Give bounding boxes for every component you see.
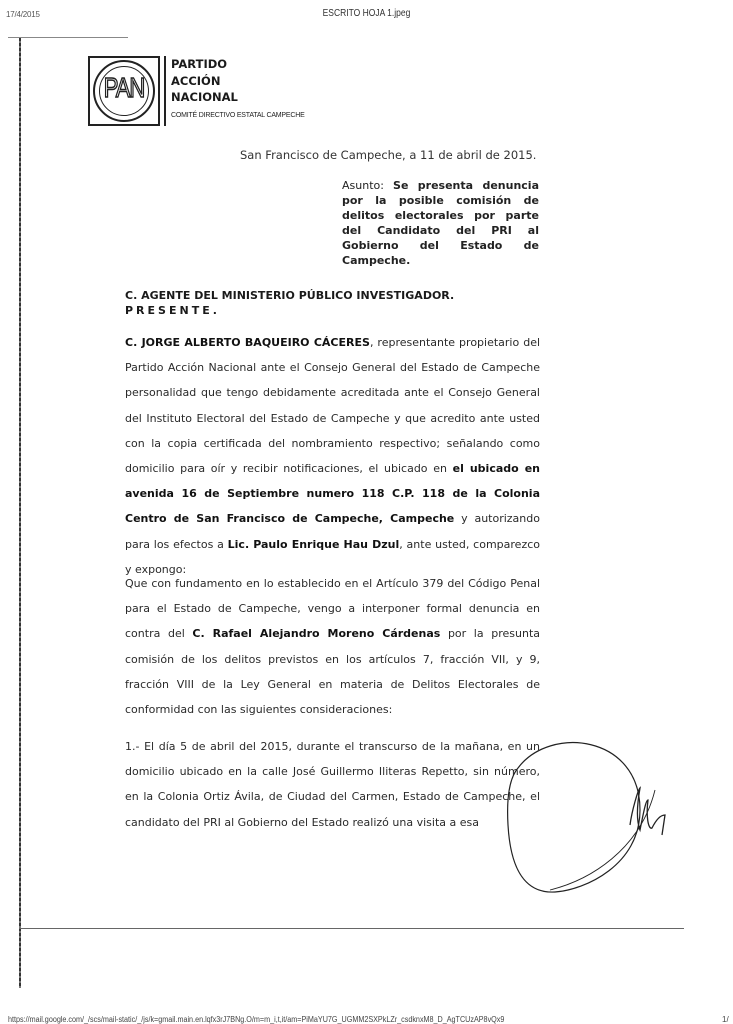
committee-name: COMITÉ DIRECTIVO ESTATAL CAMPECHE [171,112,305,119]
asunto-label: Asunto: [342,179,384,192]
scan-artifact-line [8,37,128,38]
authorized-person: Lic. Paulo Enrique Hau Dzul [228,538,400,551]
letterhead-divider [164,56,166,126]
pan-logo: PAN [88,56,160,126]
paragraph-fact-1: 1.- El día 5 de abril del 2015, durante … [125,734,540,835]
complainant-name: C. JORGE ALBERTO BAQUEIRO CÁCERES [125,336,370,349]
paragraph-text: por la presunta comisión de los delitos … [125,627,540,716]
print-header-title: ESCRITO HOJA 1.jpeg [55,8,678,19]
logo-letters: PAN [90,72,158,105]
bottom-rule [19,928,684,929]
place-date: San Francisco de Campeche, a 11 de abril… [240,148,536,162]
left-margin-line [19,38,21,988]
party-name-line: NACIONAL [171,89,238,106]
party-name-line: ACCIÓN [171,73,238,90]
party-name: PARTIDO ACCIÓN NACIONAL [171,56,238,106]
print-footer-url: https://mail.google.com/_/scs/mail-stati… [8,1015,504,1024]
paragraph-complaint: Que con fundamento en lo establecido en … [125,571,540,722]
asunto-block: Asunto: Se presenta denuncia por la posi… [342,178,539,268]
print-header-date: 17/4/2015 [6,10,40,19]
asunto-text: Se presenta denuncia por la posible comi… [342,179,539,267]
paragraph-text: , representante propietario del Partido … [125,336,540,475]
presente-line: PRESENTE. [125,303,454,318]
party-name-line: PARTIDO [171,56,238,73]
accused-name: C. Rafael Alejandro Moreno Cárdenas [192,627,440,640]
paragraph-complainant: C. JORGE ALBERTO BAQUEIRO CÁCERES, repre… [125,330,540,582]
addressee-line: C. AGENTE DEL MINISTERIO PÚBLICO INVESTI… [125,288,454,303]
print-footer-page: 1/ [722,1015,729,1024]
signature-icon [490,730,690,900]
addressee: C. AGENTE DEL MINISTERIO PÚBLICO INVESTI… [125,288,454,318]
paragraph-text: 1.- El día 5 de abril del 2015, durante … [125,740,540,829]
